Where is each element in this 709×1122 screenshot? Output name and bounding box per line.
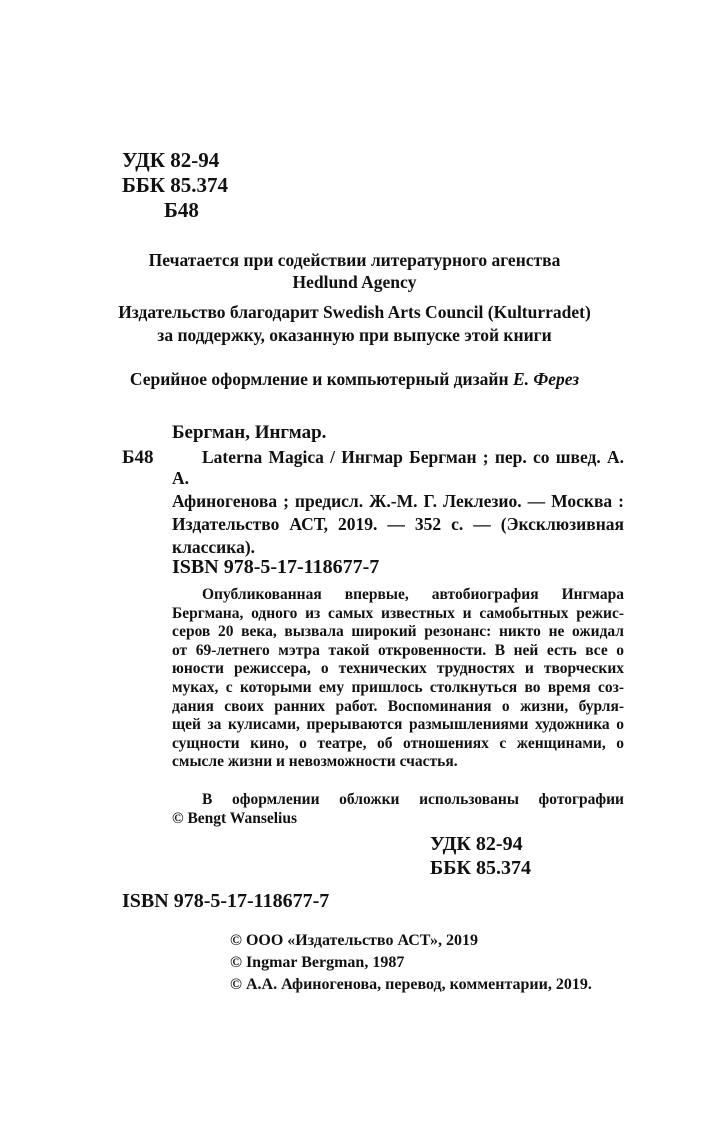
- annotation-line: сущности кино, о театре, об отношениях с…: [172, 735, 624, 754]
- isbn-bottom: ISBN 978-5-17-118677-7: [122, 889, 329, 913]
- cover-credit-line-1: В оформлении обложки использованы фотогр…: [172, 791, 624, 810]
- annotation-line: дания своих ранних работ. Воспоминания о…: [172, 698, 624, 717]
- isbn-entry: ISBN 978-5-17-118677-7: [172, 555, 379, 579]
- bbk-code-top: ББК 85.374: [122, 173, 228, 197]
- udk-code-bottom: УДК 82-94: [430, 832, 523, 856]
- annotation-paragraph: Опубликованная впервые, автобиография Ин…: [172, 586, 624, 772]
- design-credit: Серийное оформление и компьютерный дизай…: [0, 369, 709, 390]
- cover-credit: В оформлении обложки использованы фотогр…: [172, 791, 624, 828]
- author-mark-top: Б48: [164, 198, 199, 222]
- annotation-line: Опубликованная впервые, автобиография Ин…: [172, 586, 624, 605]
- copyright-publisher: © ООО «Издательство АСТ», 2019: [230, 932, 478, 951]
- annotation-line: муках, с которыми ему пришлось столкнуть…: [172, 679, 624, 698]
- bbk-code-bottom: ББК 85.374: [430, 856, 531, 880]
- annotation-line: серов 20 века, вызвала широкий резонанс:…: [172, 623, 624, 642]
- council-line-2: за поддержку, оказанную при выпуске этой…: [0, 325, 709, 346]
- annotation-line: от 69-летнего мэтра такой откровенности.…: [172, 642, 624, 661]
- description-line: Афиногенова ; предисл. Ж.-М. Г. Леклезио…: [172, 491, 624, 512]
- author-mark-entry: Б48: [122, 447, 154, 468]
- udk-code-top: УДК 82-94: [122, 148, 219, 172]
- annotation-line: смысле жизни и невозможности счастья.: [172, 753, 624, 772]
- agency-line-2: Hedlund Agency: [0, 272, 709, 293]
- author-heading: Бергман, Ингмар.: [172, 422, 326, 443]
- copyright-translator: © А.А. Афиногенова, перевод, комментарии…: [230, 976, 592, 995]
- description-line: Издательство АСТ, 2019. — 352 с. — (Экск…: [172, 514, 624, 535]
- copyright-author: © Ingmar Bergman, 1987: [230, 954, 404, 973]
- annotation-line: юности режиссера, о технических трудност…: [172, 660, 624, 679]
- annotation-line: щей за кулисами, прерываются размышления…: [172, 716, 624, 735]
- design-credit-prefix: Серийное оформление и компьютерный дизай…: [130, 369, 513, 389]
- council-line-1: Издательство благодарит Swedish Arts Cou…: [0, 302, 709, 323]
- agency-line-1: Печатается при содействии литературного …: [0, 250, 709, 271]
- description-line: Laterna Magica / Ингмар Бергман ; пер. с…: [172, 447, 624, 489]
- designer-name: Е. Ферез: [513, 369, 579, 389]
- cover-credit-line-2: © Bengt Wanselius: [172, 810, 624, 829]
- annotation-line: Бергмана, одного из самых известных и са…: [172, 605, 624, 624]
- bibliographic-description: Laterna Magica / Ингмар Бергман ; пер. с…: [172, 447, 624, 558]
